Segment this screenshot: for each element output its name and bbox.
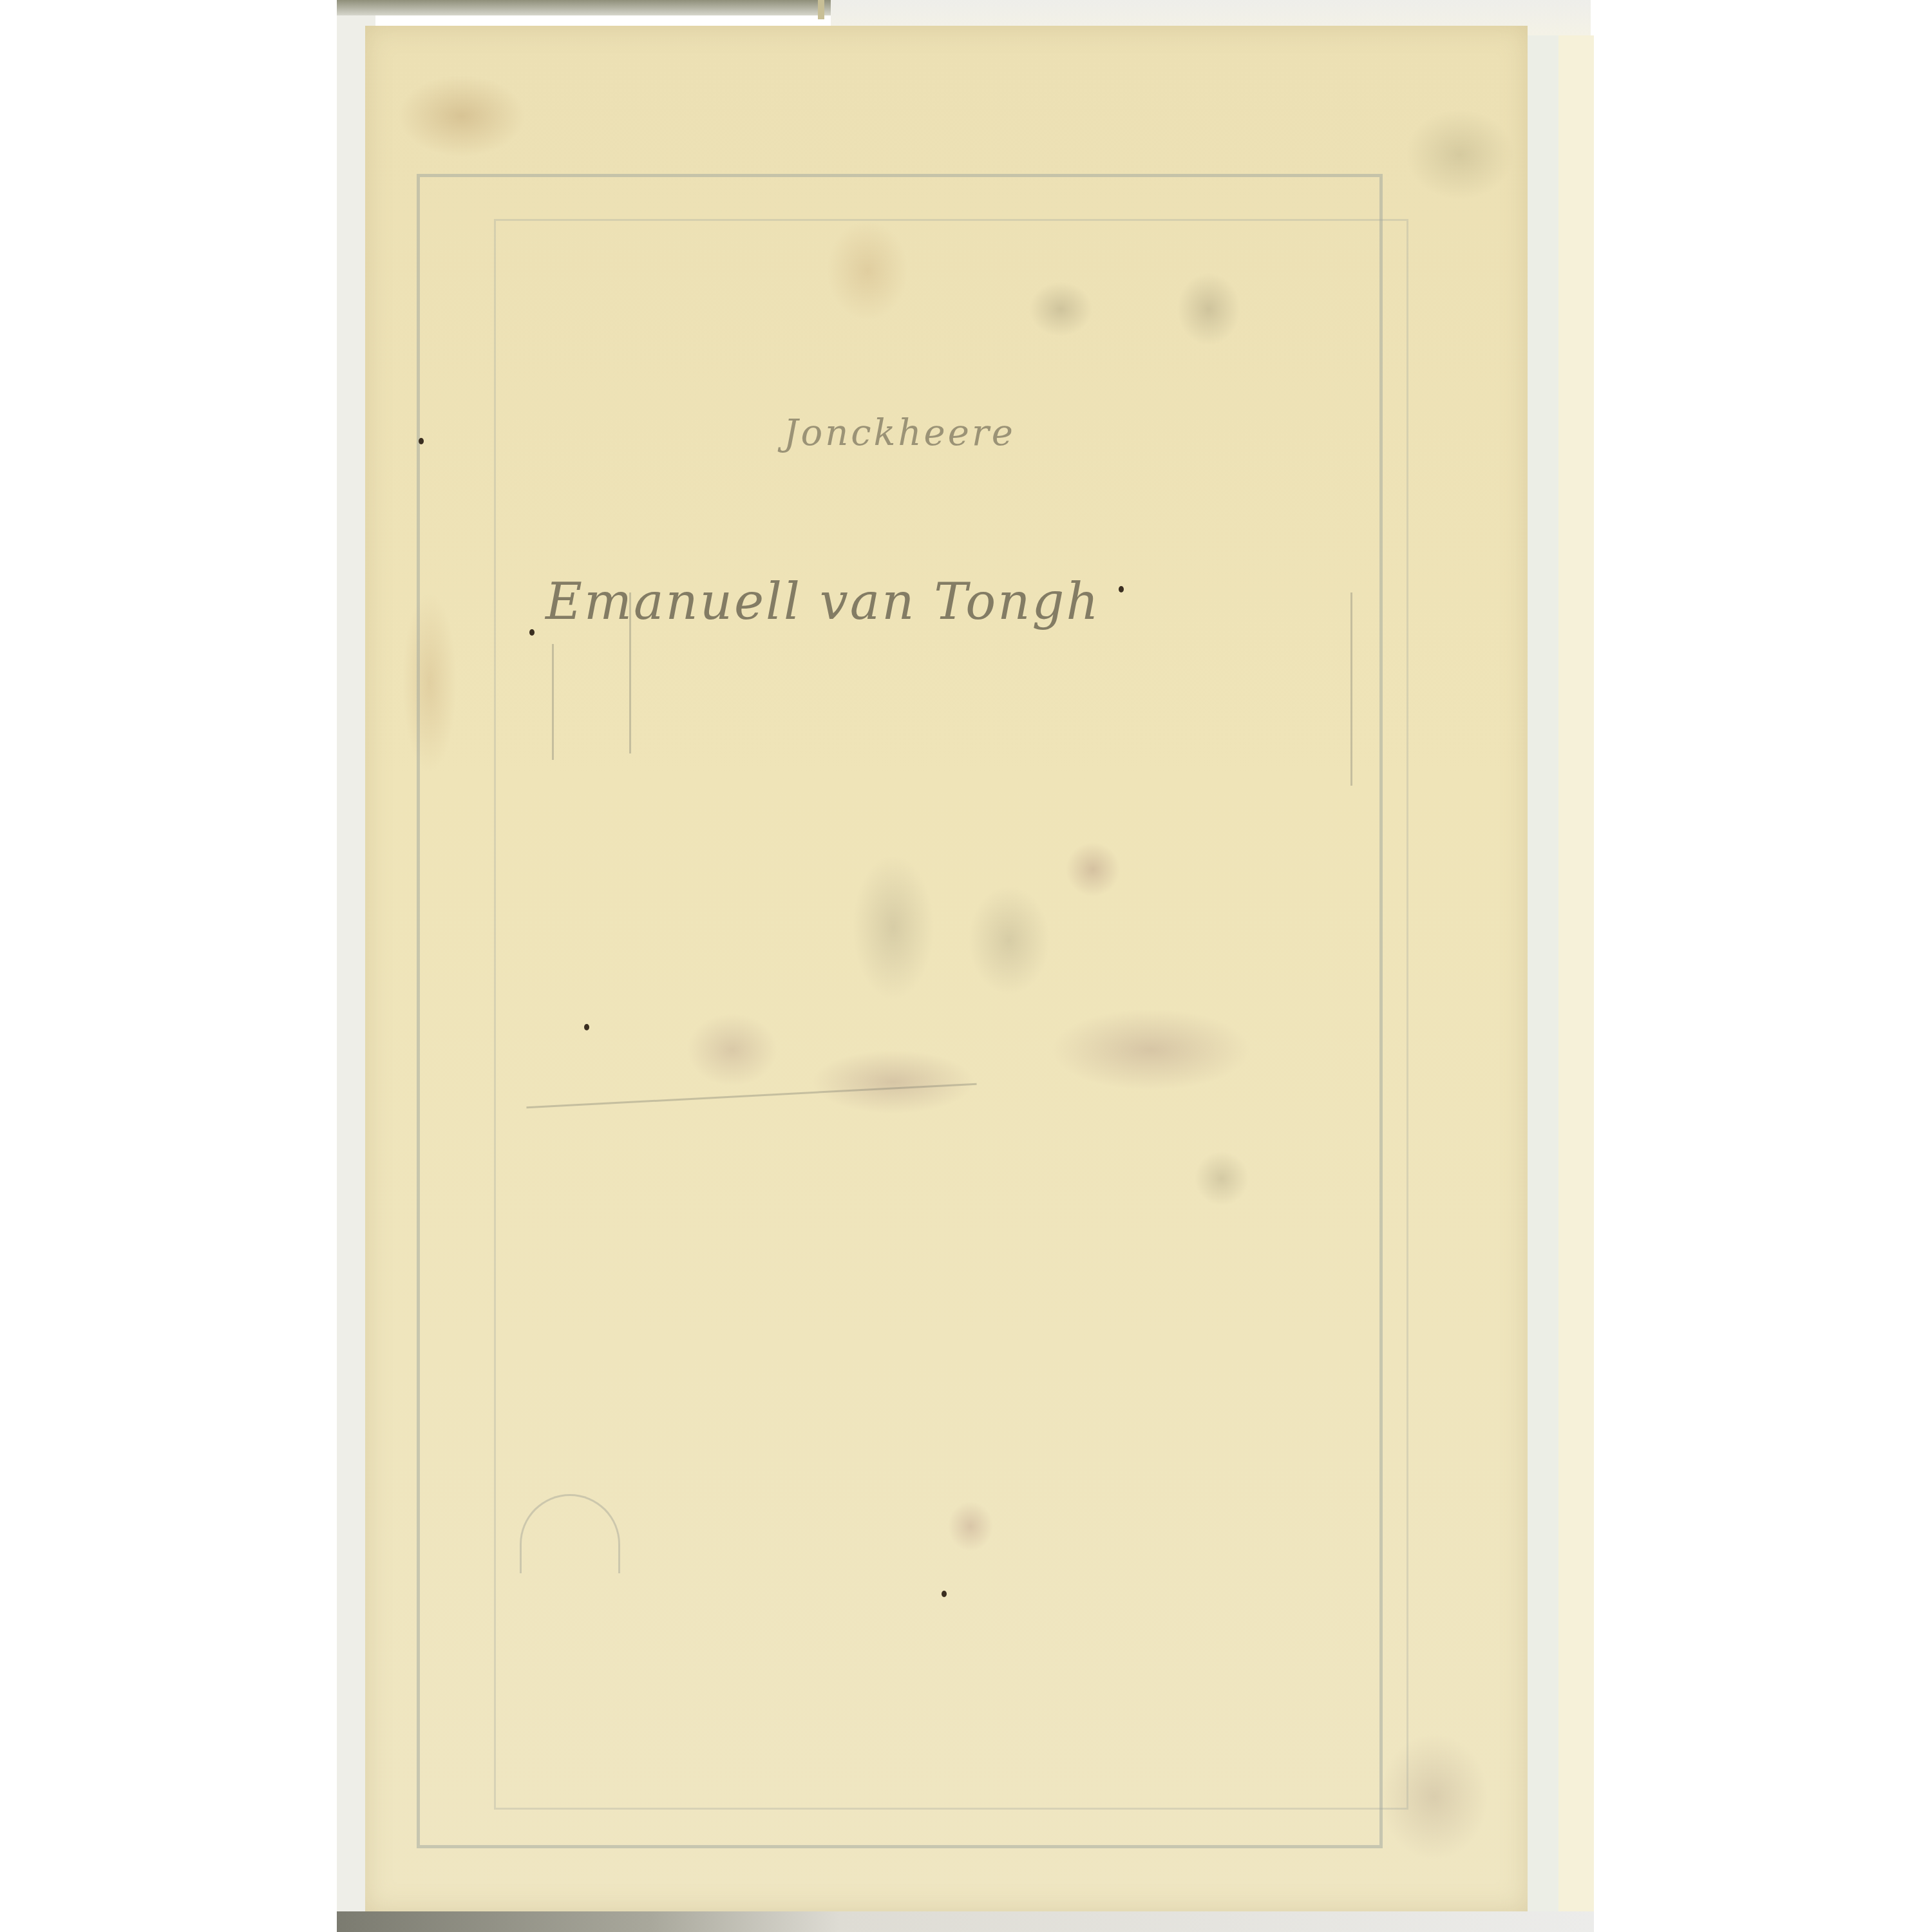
pencil-stroke <box>552 644 554 760</box>
ink-dot <box>1119 586 1124 592</box>
ruled-frame-inner <box>494 219 1408 1810</box>
mount-right-strip <box>1528 35 1558 1916</box>
mount-bottom-edge <box>337 1911 1594 1932</box>
paper-sheet: Jonckheere Emanuell van Tongh <box>365 26 1528 1911</box>
mount-top-tab <box>818 0 824 19</box>
ink-dot <box>529 629 535 636</box>
mount-right-cream <box>1558 35 1594 1916</box>
ink-dot <box>419 438 424 444</box>
pencil-stroke <box>1350 592 1352 786</box>
ink-dot <box>942 1591 947 1597</box>
inscription-upper: Jonckheere <box>784 412 1016 454</box>
ink-dot <box>584 1024 589 1030</box>
pencil-stroke <box>629 592 631 753</box>
mount-top-shadow-bar <box>337 0 833 15</box>
